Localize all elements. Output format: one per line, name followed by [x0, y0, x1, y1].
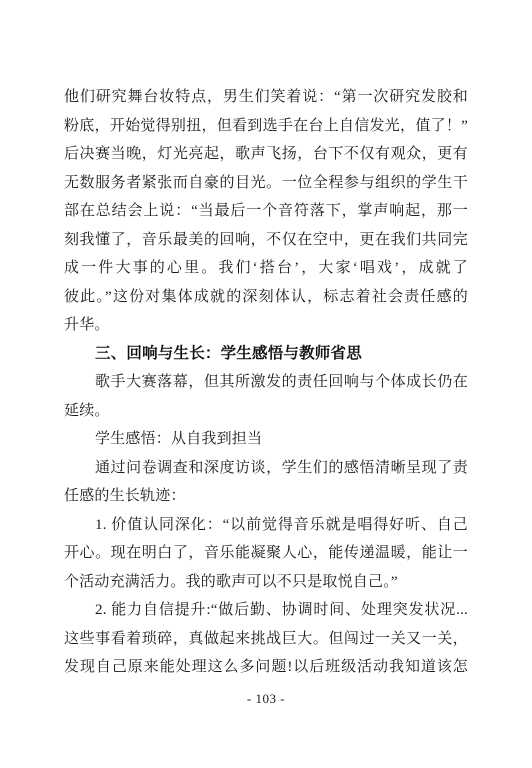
text-line: 后决赛当晚，灯光亮起，歌声飞扬，台下不仅有观众，更有 — [64, 140, 468, 169]
page-body: 他们研究舞台妆特点，男生们笑着说：“第一次研究发胶和 粉底，开始觉得别扭，但看到… — [64, 83, 468, 682]
text-line: 部在总结会上说：“当最后一个音符落下，掌声响起，那一 — [64, 197, 468, 226]
text-line: 这些事看着琐碎，真做起来挑战巨大。但闯过一关又一关， — [64, 625, 468, 654]
numbered-item: 1. 价值认同深化：“以前觉得音乐就是唱得好听、自己 — [64, 511, 468, 540]
text-line: 通过问卷调查和深度访谈，学生们的感悟清晰呈现了责 — [64, 454, 468, 483]
section-heading: 三、回响与生长：学生感悟与教师省思 — [64, 340, 468, 369]
text-line: 歌手大赛落幕，但其所激发的责任回响与个体成长仍在 — [64, 368, 468, 397]
text-line: 升华。 — [64, 311, 468, 340]
text-line: 彼此。”这份对集体成就的深刻体认，标志着社会责任感的 — [64, 283, 468, 312]
numbered-item: 2. 能力自信提升:“做后勤、协调时间、处理突发状况... — [64, 596, 468, 625]
page-number: - 103 - — [0, 689, 532, 709]
text-line: 任感的生长轨迹： — [64, 482, 468, 511]
text-line: 个活动充满活力。我的歌声可以不只是取悦自己。” — [64, 568, 468, 597]
text-line: 开心。现在明白了，音乐能凝聚人心，能传递温暖，能让一 — [64, 539, 468, 568]
text-line: 粉底，开始觉得别扭，但看到选手在台上自信发光，值了！” — [64, 112, 468, 141]
subheading: 学生感悟：从自我到担当 — [64, 425, 468, 454]
text-line: 他们研究舞台妆特点，男生们笑着说：“第一次研究发胶和 — [64, 83, 468, 112]
text-line: 无数服务者紧张而自豪的目光。一位全程参与组织的学生干 — [64, 169, 468, 198]
document-page: 他们研究舞台妆特点，男生们笑着说：“第一次研究发胶和 粉底，开始觉得别扭，但看到… — [0, 0, 532, 768]
text-line: 延续。 — [64, 397, 468, 426]
text-line: 刻我懂了，音乐最美的回响，不仅在空中，更在我们共同完 — [64, 226, 468, 255]
text-line: 发现自己原来能处理这么多问题!以后班级活动我知道该怎 — [64, 653, 468, 682]
text-line: 成一件大事的心里。我们‘搭台’，大家‘唱戏’，成就了 — [64, 254, 468, 283]
